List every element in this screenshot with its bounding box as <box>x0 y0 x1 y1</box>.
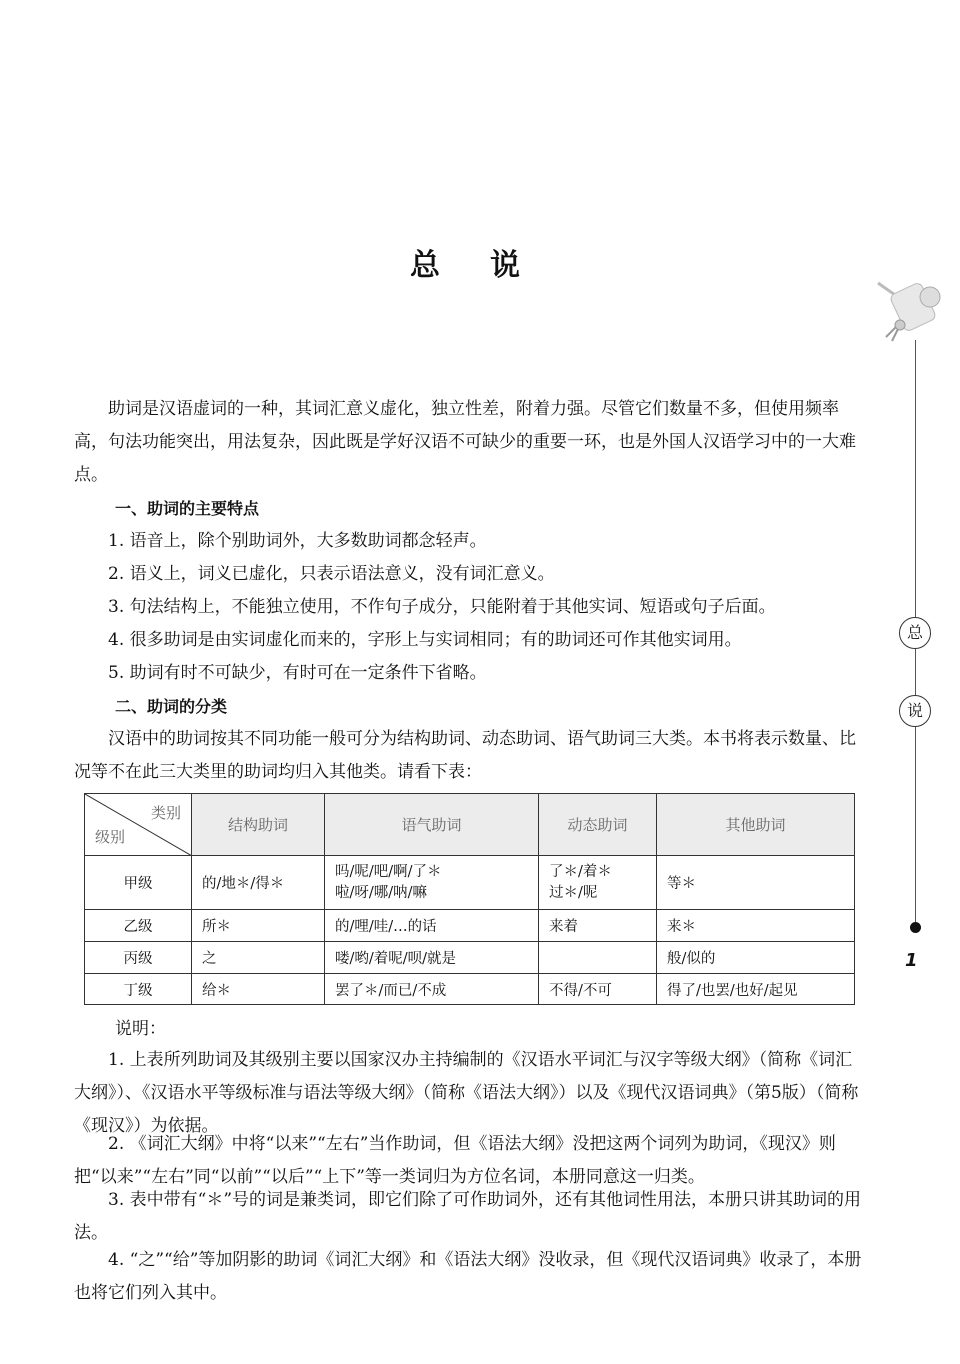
section2-paragraph: 汉语中的助词按其不同功能一般可分为结构助词、动态助词、语气助词三大类。本书将表示… <box>74 723 864 789</box>
feature-item-4: 4. 很多助词是由实词虚化而来的，字形上与实词相同；有的助词还可作其他实词用。 <box>74 624 864 657</box>
intro-paragraph: 助词是汉语虚词的一种，其词汇意义虚化，独立性差，附着力强。尽管它们数量不多，但使… <box>74 393 864 492</box>
page-number: 1 <box>905 950 918 971</box>
table-cell: 之 <box>192 942 325 974</box>
note-item-3: 3. 表中带有“＊”号的词是兼类词，即它们除了可作助词外，还有其他词性用法，本册… <box>74 1184 864 1250</box>
column-header: 动态助词 <box>539 794 657 856</box>
table-cell: 吗/呢/吧/啊/了＊ 啦/呀/哪/呐/嘛 <box>325 856 539 910</box>
corner-label-level: 级别 <box>95 826 125 847</box>
level-cell: 丁级 <box>85 974 192 1005</box>
table-cell: 喽/哟/着呢/呗/就是 <box>325 942 539 974</box>
table-cell: 般/似的 <box>657 942 855 974</box>
table-cell <box>539 942 657 974</box>
table-cell: 的/哩/哇/…的话 <box>325 910 539 942</box>
level-cell: 丙级 <box>85 942 192 974</box>
section1-heading: 一、助词的主要特点 <box>115 492 905 525</box>
column-header: 其他助词 <box>657 794 855 856</box>
feature-item-3: 3. 句法结构上，不能独立使用，不作句子成分，只能附着于其他实词、短语或句子后面… <box>74 591 864 624</box>
table-row: 甲级 的/地＊/得＊ 吗/呢/吧/啊/了＊ 啦/呀/哪/呐/嘛 了＊/着＊ 过＊… <box>85 856 855 910</box>
table-cell: 不得/不可 <box>539 974 657 1005</box>
section2-heading: 二、助词的分类 <box>115 690 905 723</box>
table-cell: 所＊ <box>192 910 325 942</box>
note-item-4: 4. “之”“给”等加阴影的助词《词汇大纲》和《语法大纲》没收录，但《现代汉语词… <box>74 1244 864 1310</box>
particle-table: 类别 级别 结构助词 语气助词 动态助词 其他助词 甲级 的/地＊/得＊ 吗/呢… <box>84 793 855 1005</box>
table-cell: 来着 <box>539 910 657 942</box>
level-cell: 甲级 <box>85 856 192 910</box>
notes-label: 说明： <box>115 1013 905 1046</box>
column-header: 语气助词 <box>325 794 539 856</box>
level-cell: 乙级 <box>85 910 192 942</box>
table-header-row: 类别 级别 结构助词 语气助词 动态助词 其他助词 <box>85 794 855 856</box>
feature-item-1: 1. 语音上，除个别助词外，大多数助词都念轻声。 <box>74 525 864 558</box>
table-row: 乙级 所＊ 的/哩/哇/…的话 来着 来＊ <box>85 910 855 942</box>
column-header: 结构助词 <box>192 794 325 856</box>
table-row: 丙级 之 喽/哟/着呢/呗/就是 般/似的 <box>85 942 855 974</box>
feature-item-5: 5. 助词有时不可缺少，有时可在一定条件下省略。 <box>74 657 864 690</box>
table-cell: 了＊/着＊ 过＊/呢 <box>539 856 657 910</box>
side-tab-zong: 总 <box>899 617 931 649</box>
table-cell: 来＊ <box>657 910 855 942</box>
table-corner-cell: 类别 级别 <box>85 794 192 856</box>
table-cell: 罢了＊/而已/不成 <box>325 974 539 1005</box>
page-marker-dot <box>910 922 921 933</box>
feature-item-2: 2. 语义上，词义已虚化，只表示语法意义，没有词汇意义。 <box>74 558 864 591</box>
scroll-illustration <box>868 275 948 345</box>
table-row: 丁级 给＊ 罢了＊/而已/不成 不得/不可 得了/也罢/也好/起见 <box>85 974 855 1005</box>
table-cell: 等＊ <box>657 856 855 910</box>
table-cell: 得了/也罢/也好/起见 <box>657 974 855 1005</box>
corner-label-category: 类别 <box>151 802 181 823</box>
table-cell: 给＊ <box>192 974 325 1005</box>
table-cell: 的/地＊/得＊ <box>192 856 325 910</box>
page-title: 总说 <box>0 240 930 284</box>
